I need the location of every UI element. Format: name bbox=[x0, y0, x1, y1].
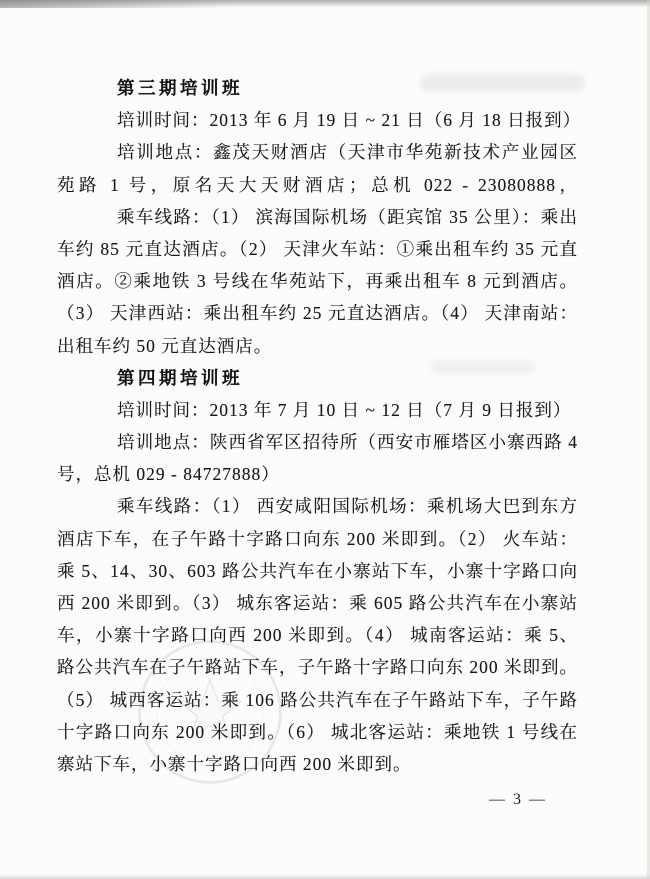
session-3-route-line-5: 出租车约 50 元直达酒店。 bbox=[57, 330, 578, 362]
document-body: 第三期培训班 培训时间：2013 年 6 月 19 日 ~ 21 日（6 月 1… bbox=[57, 72, 578, 780]
session-4-time-line: 培训时间：2013 年 7 月 10 日 ~ 12 日（7 月 9 日报到） bbox=[57, 394, 578, 426]
session-4-route-line-3: 乘 5、14、30、603 路公共汽车在小寨站下车，小寨十字路口向 bbox=[57, 555, 578, 587]
session-3-route-line-1: 乘车线路：（1） 滨海国际机场（距宾馆 35 公里）：乘出租 bbox=[57, 201, 578, 233]
session-3-heading: 第三期培训班 bbox=[57, 72, 578, 104]
page-footer: — 3 — bbox=[0, 789, 650, 811]
session-4-route-line-7: （5） 城西客运站：乘 106 路公共汽车在子午路站下车，子午路 bbox=[57, 684, 578, 716]
session-4-route-line-5: 车，小寨十字路口向西 200 米即到。（4） 城南客运站：乘 5、30 bbox=[57, 619, 578, 651]
training-session-4-section: 第四期培训班 培训时间：2013 年 7 月 10 日 ~ 12 日（7 月 9… bbox=[57, 362, 578, 780]
session-4-route-line-2: 酒店下车，在子午路十字路口向东 200 米即到。（2） 火车站： bbox=[57, 523, 578, 555]
session-3-location-line-1: 培训地点：鑫茂天财酒店（天津市华苑新技术产业园区榕 bbox=[57, 136, 578, 168]
scan-edge-top-left bbox=[0, 0, 230, 8]
session-4-route-line-8: 十字路口向东 200 米即到。（6） 城北客运站：乘地铁 1 号线在小 bbox=[57, 716, 578, 748]
session-4-route-line-6: 路公共汽车在子午路站下车，子午路十字路口向东 200 米即到。 bbox=[57, 651, 578, 683]
session-3-time-line: 培训时间：2013 年 6 月 19 日 ~ 21 日（6 月 18 日报到） bbox=[57, 104, 578, 136]
session-4-route-line-1: 乘车线路：（1） 西安咸阳国际机场：乘机场大巴到东方大 bbox=[57, 490, 578, 522]
scan-edge-bottom bbox=[0, 874, 650, 879]
session-3-route-line-3: 酒店。②乘地铁 3 号线在华苑站下，再乘出租车 8 元到酒店。 bbox=[57, 265, 578, 297]
session-4-location-line-1: 培训地点：陕西省军区招待所（西安市雁塔区小寨西路 4 bbox=[57, 426, 578, 458]
session-4-heading: 第四期培训班 bbox=[57, 362, 578, 394]
session-4-route-line-4: 西 200 米即到。（3） 城东客运站：乘 605 路公共汽车在小寨站下 bbox=[57, 587, 578, 619]
training-session-3-section: 第三期培训班 培训时间：2013 年 6 月 19 日 ~ 21 日（6 月 1… bbox=[57, 72, 578, 362]
session-3-route-line-2: 车约 85 元直达酒店。（2） 天津火车站：①乘出租车约 35 元直达 bbox=[57, 233, 578, 265]
session-3-location-line-2: 苑路 1 号，原名天大天财酒店；总机 022 - 23080888，230800… bbox=[57, 169, 578, 201]
session-4-route-line-9: 寨站下车，小寨十字路口向西 200 米即到。 bbox=[57, 748, 578, 780]
session-4-location-line-2: 号，总机 029 - 84727888） bbox=[57, 458, 578, 490]
document-page: 第三期培训班 培训时间：2013 年 6 月 19 日 ~ 21 日（6 月 1… bbox=[0, 0, 650, 879]
page-number: — 3 — bbox=[489, 789, 547, 811]
session-3-route-line-4: （3） 天津西站：乘出租车约 25 元直达酒店。（4） 天津南站：乘 bbox=[57, 297, 578, 329]
